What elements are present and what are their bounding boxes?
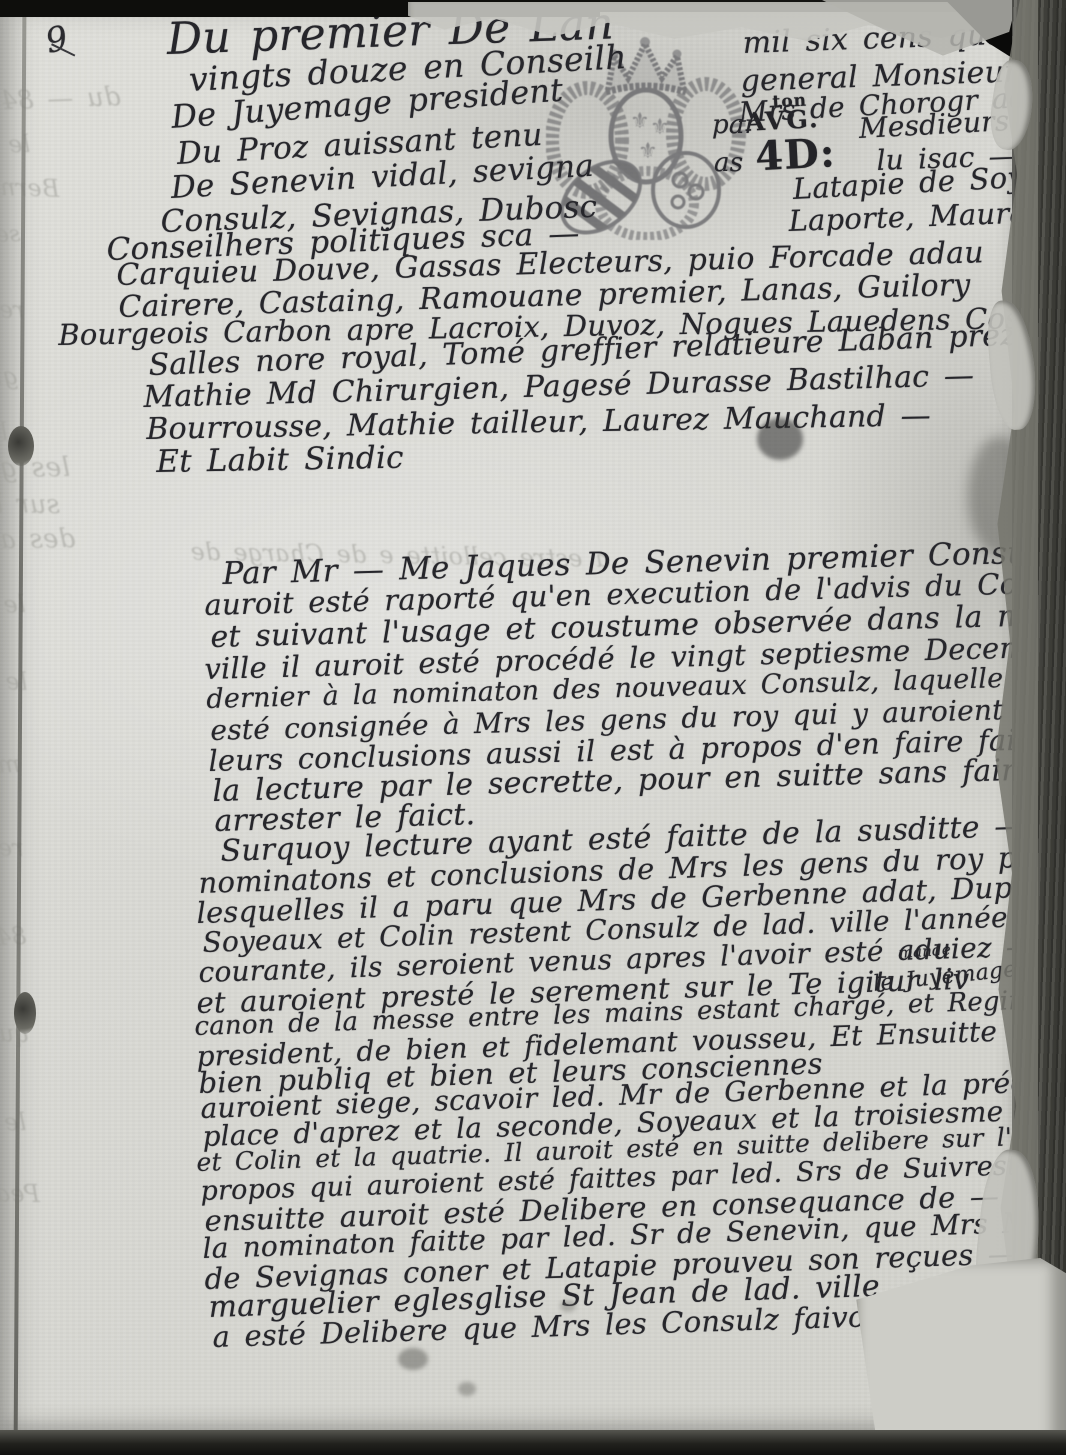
heading-fragment: as — [714, 148, 743, 178]
bleed-through-text: le — d'un infrie — [0, 1108, 26, 1140]
heading-fragment: par — [712, 110, 757, 140]
heading-line: Et Labit Sindic — [156, 440, 404, 480]
manuscript-scan: du — 84 le res de Bernage le se treuve q… — [0, 0, 1066, 1455]
bleed-through-text: Peansfireann — le quil — [0, 1175, 40, 1208]
bottom-edge-shadow — [0, 1430, 1066, 1455]
ink-blot — [757, 418, 803, 460]
binding-knot — [14, 992, 36, 1034]
paper-stain — [560, 1300, 576, 1312]
binding-knot — [8, 426, 34, 466]
bleed-through-text: lesmage Riguira — [0, 414, 8, 446]
bleed-through-text: du — 84 — [0, 82, 121, 116]
svg-text:⚜: ⚜ — [630, 109, 650, 134]
svg-text:⚜: ⚜ — [638, 139, 658, 164]
bleed-through-text: Bernage le — [0, 170, 60, 203]
svg-text:⚜: ⚜ — [650, 115, 670, 140]
bleed-through-text: le res de — [0, 130, 30, 160]
paper-stain — [398, 1348, 428, 1370]
interlinear-note: mande — [898, 940, 951, 962]
paper-stain — [458, 1382, 476, 1396]
